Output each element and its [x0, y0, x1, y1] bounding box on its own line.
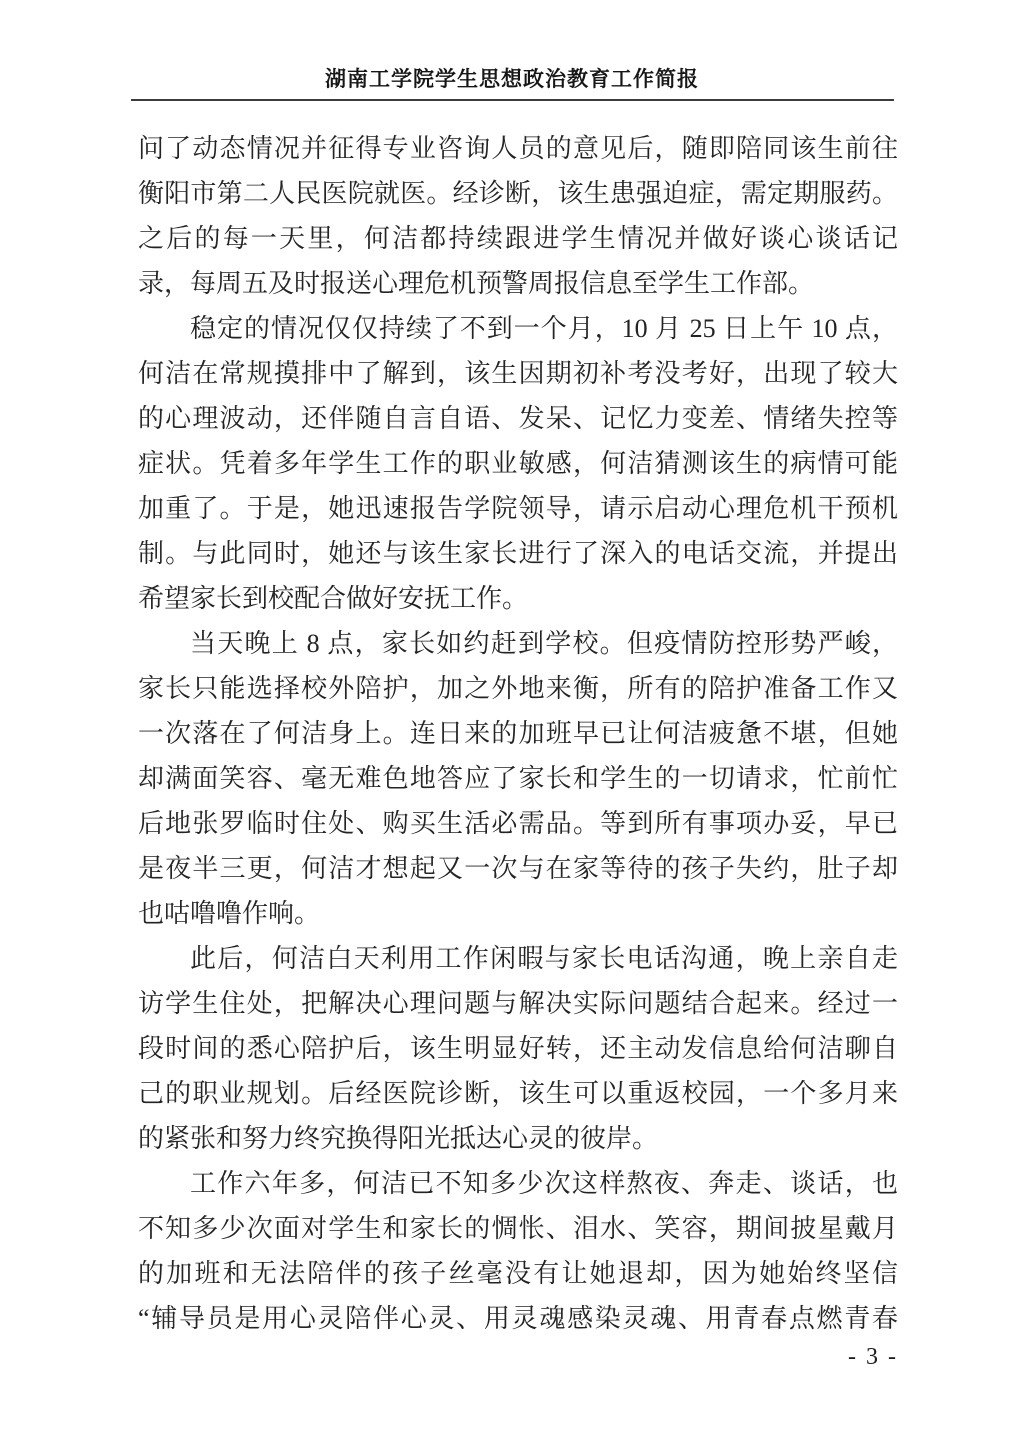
body-line: 的加班和无法陪伴的孩子丝毫没有让她退却，因为她始终坚信	[138, 1251, 898, 1296]
body-line: 是夜半三更，何洁才想起又一次与在家等待的孩子失约，肚子却	[138, 846, 898, 891]
document-body: 问了动态情况并征得专业咨询人员的意见后，随即陪同该生前往 衡阳市第二人民医院就医…	[138, 126, 898, 1341]
body-line: 之后的每一天里，何洁都持续跟进学生情况并做好谈心谈话记	[138, 216, 898, 261]
page-title: 湖南工学院学生思想政治教育工作简报	[0, 0, 1024, 96]
body-line: 的心理波动，还伴随自言自语、发呆、记忆力变差、情绪失控等	[138, 396, 898, 441]
body-line: 却满面笑容、毫无难色地答应了家长和学生的一切请求，忙前忙	[138, 756, 898, 801]
body-line: 症状。凭着多年学生工作的职业敏感，何洁猜测该生的病情可能	[138, 441, 898, 486]
body-line: 一次落在了何洁身上。连日来的加班早已让何洁疲惫不堪，但她	[138, 711, 898, 756]
body-line: 问了动态情况并征得专业咨询人员的意见后，随即陪同该生前往	[138, 126, 898, 171]
document-footer: - 3 -	[848, 1342, 898, 1372]
body-line: “辅导员是用心灵陪伴心灵、用灵魂感染灵魂、用青春点燃青春	[138, 1296, 898, 1341]
body-line: 加重了。于是，她迅速报告学院领导，请示启动心理危机干预机	[138, 486, 898, 531]
body-line: 不知多少次面对学生和家长的惆怅、泪水、笑容，期间披星戴月	[138, 1206, 898, 1251]
body-line: 家长只能选择校外陪护，加之外地来衡，所有的陪护准备工作又	[138, 666, 898, 711]
document-page: 湖南工学院学生思想政治教育工作简报 问了动态情况并征得专业咨询人员的意见后，随即…	[0, 0, 1024, 1447]
body-line: 录，每周五及时报送心理危机预警周报信息至学生工作部。	[138, 261, 898, 306]
document-header: 湖南工学院学生思想政治教育工作简报	[0, 0, 1024, 101]
body-line: 段时间的悉心陪护后，该生明显好转，还主动发信息给何洁聊自	[138, 1026, 898, 1071]
body-line: 工作六年多，何洁已不知多少次这样熬夜、奔走、谈话，也	[138, 1161, 898, 1206]
body-line: 后地张罗临时住处、购买生活必需品。等到所有事项办妥，早已	[138, 801, 898, 846]
body-line: 希望家长到校配合做好安抚工作。	[138, 576, 898, 621]
body-line: 稳定的情况仅仅持续了不到一个月，10 月 25 日上午 10 点，	[138, 306, 898, 351]
body-line: 制。与此同时，她还与该生家长进行了深入的电话交流，并提出	[138, 531, 898, 576]
body-line: 访学生住处，把解决心理问题与解决实际问题结合起来。经过一	[138, 981, 898, 1026]
header-divider-line	[131, 99, 894, 101]
body-line: 何洁在常规摸排中了解到，该生因期初补考没考好，出现了较大	[138, 351, 898, 396]
page-number: - 3 -	[848, 1344, 898, 1370]
body-line: 当天晚上 8 点，家长如约赶到学校。但疫情防控形势严峻，	[138, 621, 898, 666]
body-line: 的紧张和努力终究换得阳光抵达心灵的彼岸。	[138, 1116, 898, 1161]
body-line: 己的职业规划。后经医院诊断，该生可以重返校园，一个多月来	[138, 1071, 898, 1116]
body-line: 此后，何洁白天利用工作闲暇与家长电话沟通，晚上亲自走	[138, 936, 898, 981]
body-line: 也咕噜噜作响。	[138, 891, 898, 936]
body-line: 衡阳市第二人民医院就医。经诊断，该生患强迫症，需定期服药。	[138, 171, 898, 216]
